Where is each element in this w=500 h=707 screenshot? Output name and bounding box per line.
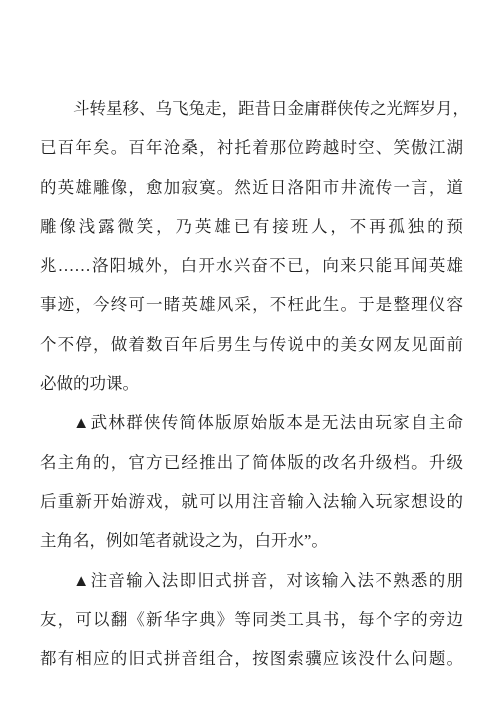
text-line: 都有相应的旧式拼音组合，按图索骥应该没什么问题。 — [40, 639, 463, 678]
text-line: 事迹，今终可一睹英雄风采，不枉此生。于是整理仪容 — [40, 285, 463, 324]
text-line: 兆……洛阳城外，白开水兴奋不已，向来只能耳闻英雄 — [40, 246, 463, 285]
paragraph-note-zhuyin: ▲注音输入法即旧式拼音，对该输入法不熟悉的朋 友，可以翻《新华字典》等同类工具书… — [40, 561, 463, 679]
text-line: 雕像浅露微笑，乃英雄已有接班人，不再孤独的预 — [40, 207, 463, 246]
text-line: ▲注音输入法即旧式拼音，对该输入法不熟悉的朋 — [40, 561, 463, 600]
text-line: ▲武林群侠传简体版原始版本是无法由玩家自主命 — [40, 403, 463, 442]
paragraph-intro: 斗转星移、乌飞兔走，距昔日金庸群侠传之光辉岁月， 已百年矣。百年沧桑，衬托着那位… — [40, 89, 463, 403]
text-line: 后重新开始游戏，就可以用注音输入法输入玩家想设的 — [40, 482, 463, 521]
paragraph-note-rename: ▲武林群侠传简体版原始版本是无法由玩家自主命 名主角的，官方已经推出了简体版的改… — [40, 403, 463, 560]
text-line: 必做的功课。 — [40, 364, 463, 403]
text-line: 已百年矣。百年沧桑，衬托着那位跨越时空、笑傲江湖 — [40, 128, 463, 167]
document-page: 斗转星移、乌飞兔走，距昔日金庸群侠传之光辉岁月， 已百年矣。百年沧桑，衬托着那位… — [0, 0, 500, 707]
text-line: 主角名，例如笔者就设之为，白开水”。 — [40, 521, 463, 560]
text-line: 友，可以翻《新华字典》等同类工具书，每个字的旁边 — [40, 600, 463, 639]
text-line: 个不停，做着数百年后男生与传说中的美女网友见面前 — [40, 325, 463, 364]
text-block: 斗转星移、乌飞兔走，距昔日金庸群侠传之光辉岁月， 已百年矣。百年沧桑，衬托着那位… — [40, 89, 463, 678]
text-line: 名主角的，官方已经推出了简体版的改名升级档。升级 — [40, 443, 463, 482]
text-line: 斗转星移、乌飞兔走，距昔日金庸群侠传之光辉岁月， — [40, 89, 463, 128]
text-line: 的英雄雕像，愈加寂寞。然近日洛阳市井流传一言，道 — [40, 168, 463, 207]
